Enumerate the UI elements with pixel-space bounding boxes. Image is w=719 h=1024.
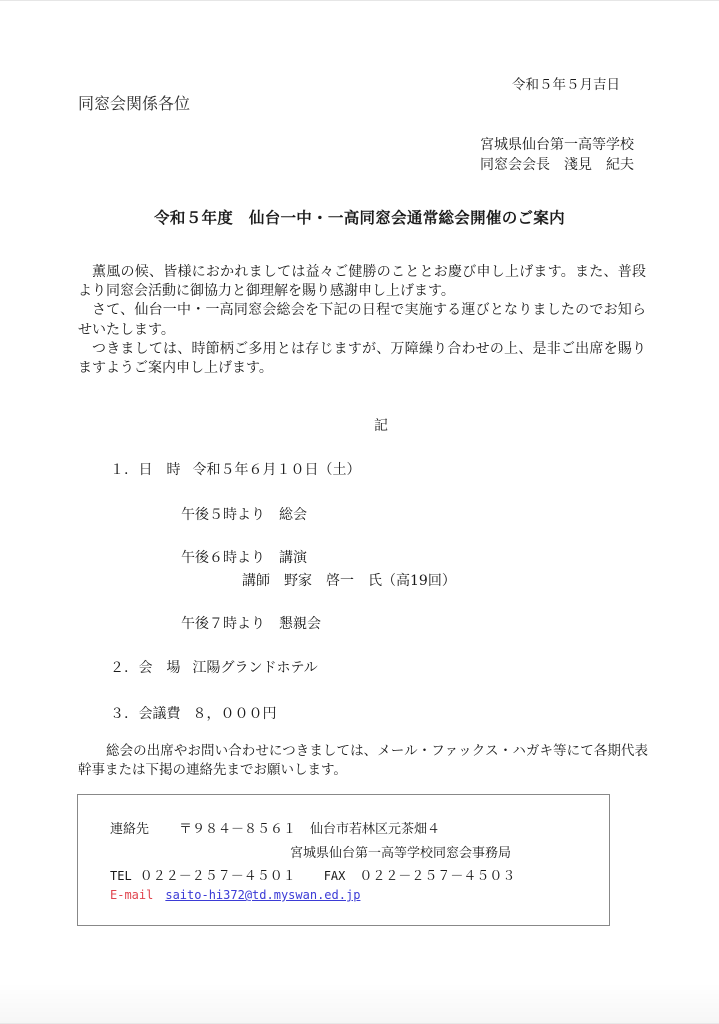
item-value: 令和５年６月１０日（土）: [192, 462, 360, 478]
item-label: 会 場: [138, 660, 180, 676]
item-number: １.: [110, 462, 128, 478]
contact-note: 総会の出席やお問い合わせにつきましては、メール・ファックス・ハガキ等にて各期代表…: [78, 742, 648, 779]
schedule-row: 午後５時より総会: [181, 504, 307, 524]
item-venue: ２.会 場江陽グランドホテル: [110, 657, 318, 677]
body-paragraph-announcement: さて、仙台一中・一高同窓会総会を下記の日程で実施する運びとなりましたのでお知らせ…: [78, 301, 646, 339]
fax-number: ０２２－２５７－４５０３: [359, 869, 515, 884]
issue-date: 令和５年５月吉日: [512, 73, 620, 93]
page-bottom-shadow: [0, 983, 719, 1024]
schedule-event: 総会: [279, 507, 307, 523]
item-datetime: １.日 時令和５年６月１０日（土）: [110, 459, 360, 479]
contact-note-text: 総会の出席やお問い合わせにつきましては、メール・ファックス・ハガキ等にて各期代表…: [78, 742, 648, 779]
lecturer-name: 野家 啓一 氏（高19回）: [284, 573, 456, 589]
schedule-row: 午後６時より講演: [181, 547, 307, 567]
email-link[interactable]: saito-hi372@td.myswan.ed.jp: [165, 888, 360, 902]
body-text: 薫風の候、皆様におかれましては益々ご健勝のこととお慶び申し上げます。また、普段よ…: [78, 263, 646, 378]
recipient: 同窓会関係各位: [78, 91, 190, 114]
item-number: ３.: [110, 706, 128, 722]
schedule-time: 午後６時より: [181, 550, 265, 566]
contact-box: 連絡先〒９８４－８５６１仙台市若林区元茶畑４ 宮城県仙台第一高等学校同窓会事務局…: [77, 794, 610, 926]
lecturer-row: 講師野家 啓一 氏（高19回）: [242, 570, 456, 590]
contact-address-row: 連絡先〒９８４－８５６１仙台市若林区元茶畑４: [110, 818, 440, 837]
document-title: 令和５年度 仙台一中・一高同窓会通常総会開催のご案内: [0, 206, 719, 228]
ki-heading: 記: [374, 415, 388, 435]
email-label: E-mail: [110, 888, 153, 902]
contact-address: 仙台市若林区元茶畑４: [310, 822, 440, 837]
document-page: 令和５年５月吉日 同窓会関係各位 宮城県仙台第一高等学校 同窓会会長 淺見 紀夫…: [0, 0, 719, 1024]
item-label: 日 時: [138, 462, 180, 478]
schedule-event: 講演: [279, 550, 307, 566]
item-fee: ３.会議費８，０００円: [110, 703, 276, 723]
contact-phone-row: TEL０２２－２５７－４５０１FAX０２２－２５７－４５０３: [110, 865, 515, 884]
schedule-time: 午後５時より: [181, 507, 265, 523]
tel-number: ０２２－２５７－４５０１: [140, 869, 296, 884]
contact-office: 宮城県仙台第一高等学校同窓会事務局: [290, 846, 511, 861]
body-paragraph-request: つきましては、時節柄ご多用とは存じますが、万障繰り合わせの上、是非ご出席を賜りま…: [78, 340, 646, 378]
fax-label: FAX: [324, 869, 346, 883]
schedule-row: 午後７時より懇親会: [181, 613, 321, 633]
sender-organization: 宮城県仙台第一高等学校: [480, 135, 634, 155]
item-label: 会議費: [138, 706, 180, 722]
lecturer-label: 講師: [242, 573, 270, 589]
body-paragraph-greeting: 薫風の候、皆様におかれましては益々ご健勝のこととお慶び申し上げます。また、普段よ…: [78, 263, 646, 301]
sender-block: 宮城県仙台第一高等学校 同窓会会長 淺見 紀夫: [480, 135, 634, 175]
schedule-time: 午後７時より: [181, 616, 265, 632]
item-value: 江陽グランドホテル: [192, 660, 317, 676]
item-number: ２.: [110, 660, 128, 676]
sender-name: 同窓会会長 淺見 紀夫: [480, 155, 634, 175]
tel-label: TEL: [110, 869, 132, 883]
contact-email-row: E-mailsaito-hi372@td.myswan.ed.jp: [110, 888, 360, 903]
item-value: ８，０００円: [192, 706, 276, 722]
contact-postal: 〒９８４－８５６１: [179, 822, 296, 837]
contact-office-row: 宮城県仙台第一高等学校同窓会事務局: [290, 842, 511, 861]
contact-label: 連絡先: [110, 822, 149, 837]
schedule-event: 懇親会: [279, 616, 321, 632]
